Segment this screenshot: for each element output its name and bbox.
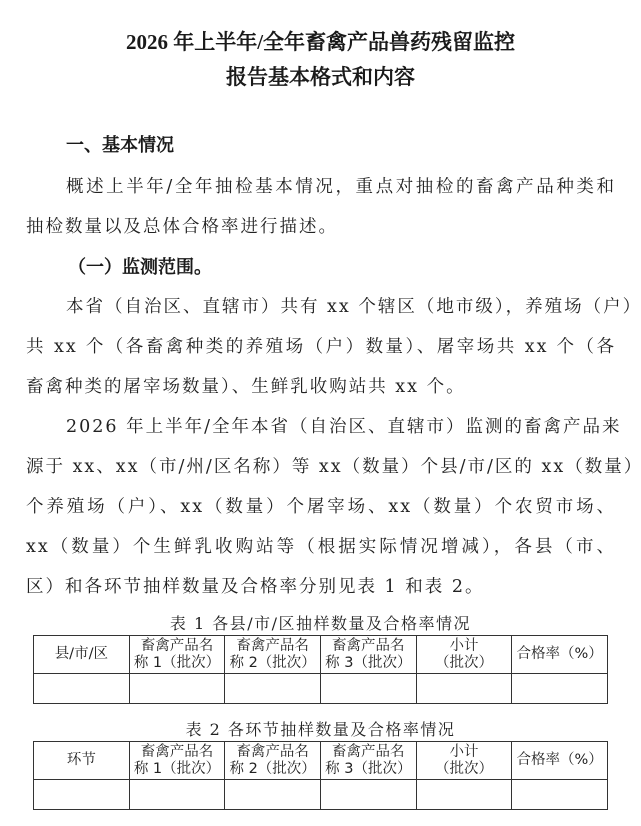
table1-header-cell: 合格率（%）	[512, 636, 608, 674]
table-cell	[129, 780, 225, 810]
paragraph-line: 2026 年上半年/全年本省（自治区、直辖市）监测的畜禽产品来	[66, 413, 616, 438]
table1-header-cell: 畜禽产品名称 3（批次）	[320, 636, 416, 674]
paragraph-line: 本省（自治区、直辖市）共有 xx 个辖区（地市级），养殖场（户）	[66, 293, 616, 318]
table1-header-row: 县/市/区 畜禽产品名称 1（批次） 畜禽产品名称 2（批次） 畜禽产品名称 3…	[34, 636, 608, 674]
document-title-line-1: 2026 年上半年/全年畜禽产品兽药残留监控	[0, 26, 641, 56]
table2-header-cell: 畜禽产品名称 1（批次）	[129, 742, 225, 780]
section-heading-basic-info: 一、基本情况	[66, 131, 174, 157]
table-row	[34, 674, 608, 704]
table-cell	[416, 674, 512, 704]
table-cell	[225, 780, 321, 810]
table1: 县/市/区 畜禽产品名称 1（批次） 畜禽产品名称 2（批次） 畜禽产品名称 3…	[33, 635, 608, 704]
paragraph-line: 区）和各环节抽样数量及合格率分别见表 1 和表 2。	[26, 573, 616, 598]
table2-header-cell: 畜禽产品名称 3（批次）	[320, 742, 416, 780]
paragraph-line: 个养殖场（户）、xx（数量）个屠宰场、xx（数量）个农贸市场、	[26, 493, 616, 518]
table2-header-cell: 畜禽产品名称 2（批次）	[225, 742, 321, 780]
table1-header-cell: 畜禽产品名称 1（批次）	[129, 636, 225, 674]
table2-header-cell: 环节	[34, 742, 130, 780]
paragraph-line: 源于 xx、xx（市/州/区名称）等 xx（数量）个县/市/区的 xx（数量）	[26, 453, 616, 478]
table-row	[34, 780, 608, 810]
table-cell	[320, 780, 416, 810]
paragraph-line: 概述上半年/全年抽检基本情况，重点对抽检的畜禽产品种类和	[66, 173, 616, 198]
table-cell	[512, 780, 608, 810]
table-cell	[129, 674, 225, 704]
table1-header-cell: 畜禽产品名称 2（批次）	[225, 636, 321, 674]
table1-header-cell: 小计（批次）	[416, 636, 512, 674]
subsection-heading-scope: （一）监测范围。	[68, 253, 212, 279]
table-cell	[512, 674, 608, 704]
table1-caption: 表 1 各县/市/区抽样数量及合格率情况	[0, 611, 641, 634]
table2: 环节 畜禽产品名称 1（批次） 畜禽产品名称 2（批次） 畜禽产品名称 3（批次…	[33, 741, 608, 810]
table-cell	[225, 674, 321, 704]
paragraph-line: 抽检数量以及总体合格率进行描述。	[26, 213, 616, 238]
table-cell	[320, 674, 416, 704]
table1-header-cell: 县/市/区	[34, 636, 130, 674]
table2-header-row: 环节 畜禽产品名称 1（批次） 畜禽产品名称 2（批次） 畜禽产品名称 3（批次…	[34, 742, 608, 780]
document-title-line-2: 报告基本格式和内容	[0, 61, 641, 91]
table-cell	[416, 780, 512, 810]
table2-caption: 表 2 各环节抽样数量及合格率情况	[0, 717, 641, 740]
paragraph-line: 共 xx 个（各畜禽种类的养殖场（户）数量）、屠宰场共 xx 个（各	[26, 333, 616, 358]
paragraph-line: 畜禽种类的屠宰场数量）、生鲜乳收购站共 xx 个。	[26, 373, 616, 398]
table-cell	[34, 674, 130, 704]
table-cell	[34, 780, 130, 810]
table2-header-cell: 小计（批次）	[416, 742, 512, 780]
table2-header-cell: 合格率（%）	[512, 742, 608, 780]
paragraph-line: xx（数量）个生鲜乳收购站等（根据实际情况增减），各县（市、	[26, 533, 616, 558]
